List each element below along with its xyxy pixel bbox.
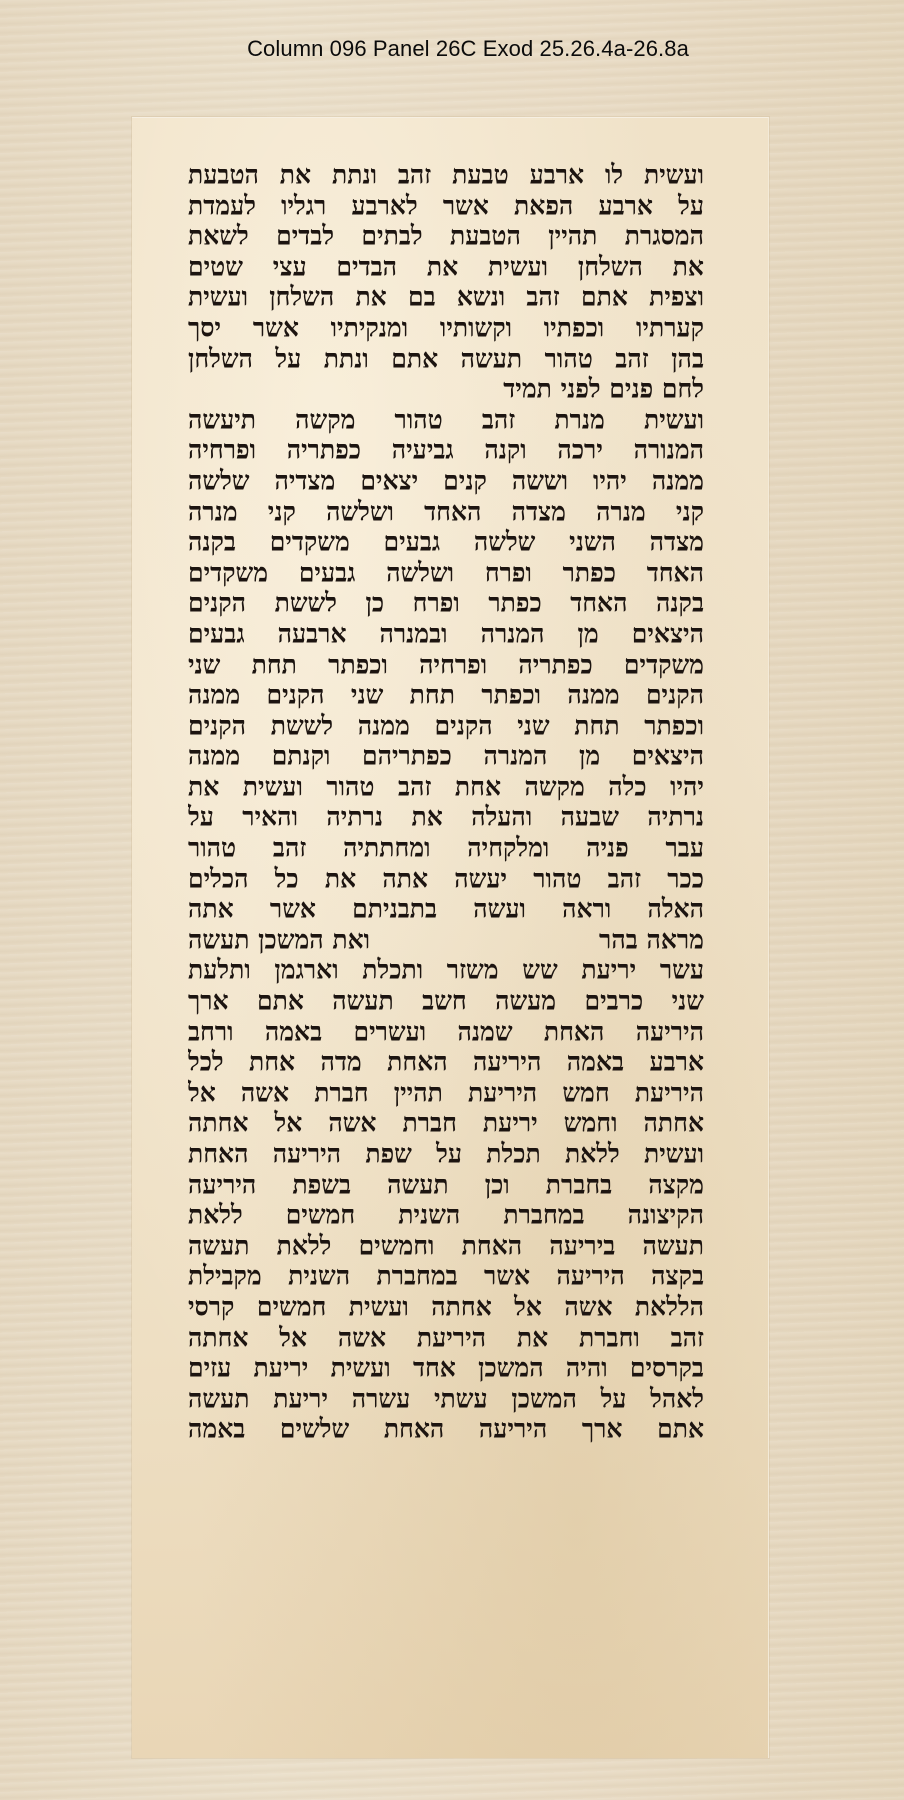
scroll-line: על ארבע הפאת אשר לארבע רגליו לעמדת <box>188 190 704 222</box>
scroll-line: הקיצונה במחברת השנית חמשים ללאת <box>188 1199 704 1231</box>
scroll-line: וכפתר תחת שני הקנים ממנה לששת הקנים <box>188 710 704 742</box>
scroll-panel: ועשית לו ארבע טבעת זהב ונתת את הטבעת על … <box>132 117 769 1758</box>
scroll-line: היצאים מן המנרה כפתריהם וקנתם ממנה <box>188 741 704 773</box>
scroll-line: היצאים מן המנרה ובמנרה ארבעה גבעים <box>188 618 704 650</box>
scroll-line: וצפית אתם זהב ונשא בם את השלחן ועשית <box>188 282 704 314</box>
page-title-text: Column 096 Panel 26C Exod 25.26.4a-26.8a <box>247 36 689 61</box>
scroll-line-short: לחם פנים לפני תמיד <box>188 373 704 405</box>
scroll-line: היריעת חמש היריעת תהיין חברת אשה אל <box>188 1077 704 1109</box>
scroll-line: משקדים כפתריה ופרחיה וכפתר תחת שני <box>188 649 704 681</box>
scroll-line: יהיו כלה מקשה אחת זהב טהור ועשית את <box>188 771 704 803</box>
scroll-line: המנורה ירכה וקנה גביעיה כפתריה ופרחיה <box>188 435 704 467</box>
scroll-line: ארבע באמה היריעה האחת מדה אחת לכל <box>188 1046 704 1078</box>
scroll-line: את השלחן ועשית את הבדים עצי שטים <box>188 251 704 283</box>
scroll-line: תעשה ביריעה האחת וחמשים ללאת תעשה <box>188 1230 704 1262</box>
section-break-left-text: ואת המשכן תעשה <box>188 924 370 956</box>
scroll-line: הקנים ממנה וכפתר תחת שני הקנים ממנה <box>188 679 704 711</box>
scroll-line: זהב וחברת את היריעת אשה אל אחתה <box>188 1322 704 1354</box>
scroll-line: מקצה בחברת וכן תעשה בשפת היריעה <box>188 1169 704 1201</box>
scroll-line: עשר יריעת שש משזר ותכלת וארגמן ותלעת <box>188 955 704 987</box>
scroll-line: ועשית מנרת זהב טהור מקשה תיעשה <box>188 404 704 436</box>
scroll-line: קערתיו וכפתיו וקשותיו ומנקיתיו אשר יסך <box>188 312 704 344</box>
scroll-line: ועשית לו ארבע טבעת זהב ונתת את הטבעת <box>188 159 704 191</box>
scroll-text-column: ועשית לו ארבע טבעת זהב ונתת את הטבעת על … <box>188 160 704 1445</box>
section-break-right-text: מראה בהר <box>599 924 704 956</box>
scroll-line: ככר זהב טהור יעשה אתה את כל הכלים <box>188 863 704 895</box>
scroll-line: הללאת אשה אל אחתה ועשית חמשים קרסי <box>188 1291 704 1323</box>
scroll-line: ממנה יהיו וששה קנים יצאים מצדיה שלשה <box>188 465 704 497</box>
scroll-line: שני כרבים מעשה חשב תעשה אתם ארך <box>188 985 704 1017</box>
scroll-line: האחד כפתר ופרח ושלשה גבעים משקדים <box>188 557 704 589</box>
scroll-line: היריעה האחת שמנה ועשרים באמה ורחב <box>188 1016 704 1048</box>
scroll-line: ועשית ללאת תכלת על שפת היריעה האחת <box>188 1138 704 1170</box>
scroll-line: עבר פניה ומלקחיה ומחתתיה זהב טהור <box>188 832 704 864</box>
scroll-line: המסגרת תהיין הטבעת לבתים לבדים לשאת <box>188 220 704 252</box>
scroll-line-section-break: מראה בהר ואת המשכן תעשה <box>188 924 704 956</box>
scroll-line: אחתה וחמש יריעת חברת אשה אל אחתה <box>188 1108 704 1140</box>
scroll-line: קני מנרה מצדה האחד ושלשה קני מנרה <box>188 496 704 528</box>
scroll-line: בקנה האחד כפתר ופרח כן לששת הקנים <box>188 588 704 620</box>
scroll-line: אתם ארך היריעה האחת שלשים באמה <box>188 1414 704 1446</box>
scroll-line: בהן זהב טהור תעשה אתם ונתת על השלחן <box>188 343 704 375</box>
scroll-line: מצדה השני שלשה גבעים משקדים בקנה <box>188 526 704 558</box>
scroll-line: לאהל על המשכן עשתי עשרה יריעת תעשה <box>188 1383 704 1415</box>
scroll-line: בקצה היריעה אשר במחברת השנית מקבילת <box>188 1261 704 1293</box>
scroll-line: נרתיה שבעה והעלה את נרתיה והאיר על <box>188 802 704 834</box>
page-title: Column 096 Panel 26C Exod 25.26.4a-26.8a <box>0 36 904 62</box>
scroll-line: בקרסים והיה המשכן אחד ועשית יריעת עזים <box>188 1352 704 1384</box>
scroll-line: האלה וראה ועשה בתבניתם אשר אתה <box>188 893 704 925</box>
